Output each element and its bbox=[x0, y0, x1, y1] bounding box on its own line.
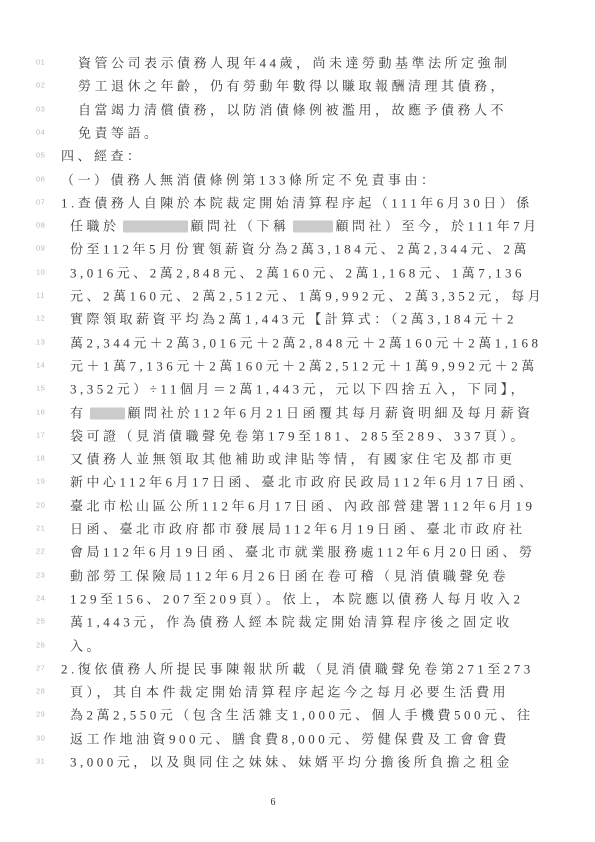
line-number: 08 bbox=[36, 221, 45, 230]
line-row: 23 動部勞工保險局112年6月26日函在卷可稽（見消債職聲免卷 bbox=[0, 563, 595, 587]
line-row: 14 元＋1萬7,136元＋2萬160元＋2萬2,512元＋1萬9,992元＋2… bbox=[0, 353, 595, 377]
line-row: 13 萬2,344元＋2萬3,016元＋2萬2,848元＋2萬160元＋2萬1,… bbox=[0, 330, 595, 354]
line-text: 自當竭力清償債務，以防消債條例被濫用，故應予債務人不 bbox=[78, 99, 507, 118]
document-page: 01 資管公司表示債務人現年44歲，尚未達勞動基準法所定強制 02 勞工退休之年… bbox=[0, 0, 595, 842]
line-number: 26 bbox=[36, 640, 45, 649]
line-number: 16 bbox=[36, 407, 45, 416]
line-row: 02 勞工退休之年齡，仍有勞動年數得以賺取報酬清理其債務， bbox=[0, 73, 595, 97]
line-number: 01 bbox=[36, 58, 45, 67]
line-number: 25 bbox=[36, 617, 45, 626]
line-number: 30 bbox=[36, 733, 45, 742]
line-row: 03 自當竭力清償債務，以防消債條例被濫用，故應予債務人不 bbox=[0, 97, 595, 121]
line-number: 09 bbox=[36, 244, 45, 253]
page-number: 6 bbox=[266, 797, 280, 808]
redaction-box bbox=[123, 221, 188, 233]
line-row: 28 頁），其自本件裁定開始清算程序起迄今之每月必要生活費用 bbox=[0, 679, 595, 703]
line-number: 12 bbox=[36, 314, 45, 323]
line-text: 實際領取薪資平均為2萬1,443元【計算式：（2萬3,184元＋2 bbox=[70, 309, 517, 328]
line-row: 07 1.查債務人自陳於本院裁定開始清算程序起（111年6月30日）係 bbox=[0, 190, 595, 214]
line-text: 129至156、207至209頁）。依上，本院應以債務人每月收入2 bbox=[70, 588, 524, 607]
line-text: 會局112年6月19日函、臺北市就業服務處112年6月20日函、勞 bbox=[70, 542, 536, 561]
line-number: 19 bbox=[36, 477, 45, 486]
line-text: 有顧問社於112年6月21日函覆其每月薪資明細及每月薪資 bbox=[70, 402, 534, 421]
line-text: 1.查債務人自陳於本院裁定開始清算程序起（111年6月30日）係 bbox=[61, 192, 533, 211]
line-row: 18 又債務人並無領取其他補助或津貼等情，有國家住宅及都市更 bbox=[0, 446, 595, 470]
line-number: 06 bbox=[36, 174, 45, 183]
line-row: 16 有顧問社於112年6月21日函覆其每月薪資明細及每月薪資 bbox=[0, 400, 595, 424]
line-text: 頁），其自本件裁定開始清算程序起迄今之每月必要生活費用 bbox=[70, 682, 509, 701]
redaction-box bbox=[293, 221, 333, 233]
redaction-box bbox=[90, 407, 125, 419]
line-row: 06 （一）債務人無消債條例第133條所定不免責事由： bbox=[0, 167, 595, 191]
line-text: 3,000元，以及與同住之妹妹、妹婿平均分擔後所負擔之租金 bbox=[70, 752, 513, 771]
line-number: 20 bbox=[36, 500, 45, 509]
line-row: 04 免責等語。 bbox=[0, 120, 595, 144]
line-row: 21 日函、臺北市政府都市發展局112年6月19日函、臺北市政府社 bbox=[0, 516, 595, 540]
line-text: 2.復依債務人所提民事陳報狀所載（見消債職聲免卷第271至273 bbox=[61, 658, 534, 677]
line-row: 22 會局112年6月19日函、臺北市就業服務處112年6月20日函、勞 bbox=[0, 539, 595, 563]
line-row: 01 資管公司表示債務人現年44歲，尚未達勞動基準法所定強制 bbox=[0, 50, 595, 74]
line-number: 13 bbox=[36, 337, 45, 346]
line-row: 12 實際領取薪資平均為2萬1,443元【計算式：（2萬3,184元＋2 bbox=[0, 306, 595, 330]
line-text: 元、2萬160元、2萬2,512元、1萬9,992元、2萬3,352元，每月 bbox=[70, 286, 544, 305]
line-row: 30 返工作地油資900元、膳食費8,000元、勞健保費及工會會費 bbox=[0, 726, 595, 750]
line-number: 31 bbox=[36, 757, 45, 766]
line-row: 08 任職於顧問社（下稱顧問社）至今，於111年7月 bbox=[0, 213, 595, 237]
line-text: 免責等語。 bbox=[78, 122, 161, 141]
line-number: 07 bbox=[36, 197, 45, 206]
line-text: 3,016元、2萬2,848元、2萬160元、2萬1,168元、1萬7,136 bbox=[70, 262, 525, 281]
line-number: 24 bbox=[36, 593, 45, 602]
line-text: 日函、臺北市政府都市發展局112年6月19日函、臺北市政府社 bbox=[70, 519, 526, 538]
line-row: 10 3,016元、2萬2,848元、2萬160元、2萬1,168元、1萬7,1… bbox=[0, 260, 595, 284]
line-row: 25 萬1,443元，作為債務人經本院裁定開始清算程序後之固定收 bbox=[0, 609, 595, 633]
line-row: 31 3,000元，以及與同住之妹妹、妹婿平均分擔後所負擔之租金 bbox=[0, 749, 595, 773]
line-row: 27 2.復依債務人所提民事陳報狀所載（見消債職聲免卷第271至273 bbox=[0, 656, 595, 680]
line-row: 09 份至112年5月份實領薪資分為2萬3,184元、2萬2,344元、2萬 bbox=[0, 236, 595, 260]
line-number: 21 bbox=[36, 524, 45, 533]
line-number: 02 bbox=[36, 81, 45, 90]
line-text: 入。 bbox=[70, 635, 103, 654]
line-number: 22 bbox=[36, 547, 45, 556]
line-number: 18 bbox=[36, 454, 45, 463]
line-text: 萬2,344元＋2萬3,016元＋2萬2,848元＋2萬160元＋2萬1,168 bbox=[70, 332, 542, 351]
line-text: 資管公司表示債務人現年44歲，尚未達勞動基準法所定強制 bbox=[78, 53, 511, 72]
line-number: 15 bbox=[36, 384, 45, 393]
line-text: 新中心112年6月17日函、臺北市政府民政局112年6月17日函、 bbox=[70, 472, 536, 491]
line-number: 28 bbox=[36, 687, 45, 696]
line-row: 17 袋可證（見消債職聲免卷第179至181、285至289、337頁）。 bbox=[0, 423, 595, 447]
line-number: 03 bbox=[36, 104, 45, 113]
line-number: 23 bbox=[36, 570, 45, 579]
line-number: 04 bbox=[36, 127, 45, 136]
line-number: 14 bbox=[36, 360, 45, 369]
line-number: 17 bbox=[36, 430, 45, 439]
line-text: 元＋1萬7,136元＋2萬160元＋2萬2,512元＋1萬9,992元＋2萬 bbox=[70, 355, 538, 374]
line-number: 05 bbox=[36, 151, 45, 160]
line-text: 袋可證（見消債職聲免卷第179至181、285至289、337頁）。 bbox=[70, 425, 527, 444]
line-row: 19 新中心112年6月17日函、臺北市政府民政局112年6月17日函、 bbox=[0, 469, 595, 493]
line-text: （一）債務人無消債條例第133條所定不免責事由： bbox=[61, 169, 438, 188]
line-row: 15 3,352元）÷11個月＝2萬1,443元，元以下四捨五入，下同】， bbox=[0, 376, 595, 400]
line-row: 11 元、2萬160元、2萬2,512元、1萬9,992元、2萬3,352元，每… bbox=[0, 283, 595, 307]
line-text: 動部勞工保險局112年6月26日函在卷可稽（見消債職聲免卷 bbox=[70, 565, 509, 584]
line-text: 份至112年5月份實領薪資分為2萬3,184元、2萬2,344元、2萬 bbox=[70, 239, 530, 258]
line-text: 3,352元）÷11個月＝2萬1,443元，元以下四捨五入，下同】， bbox=[70, 379, 527, 398]
line-number: 10 bbox=[36, 267, 45, 276]
line-text: 返工作地油資900元、膳食費8,000元、勞健保費及工會會費 bbox=[70, 728, 510, 747]
line-text: 勞工退休之年齡，仍有勞動年數得以賺取報酬清理其債務， bbox=[78, 76, 507, 95]
line-text: 為2萬2,550元（包含生活雜支1,000元、個人手機費500元、往 bbox=[70, 705, 534, 724]
line-number: 11 bbox=[36, 291, 45, 300]
line-text: 四、經查： bbox=[61, 146, 144, 165]
line-row: 24 129至156、207至209頁）。依上，本院應以債務人每月收入2 bbox=[0, 586, 595, 610]
line-text: 任職於顧問社（下稱顧問社）至今，於111年7月 bbox=[70, 216, 540, 235]
line-row: 20 臺北市松山區公所112年6月17日函、內政部營建署112年6月19 bbox=[0, 493, 595, 517]
line-row: 05 四、經查： bbox=[0, 143, 595, 167]
line-row: 26 入。 bbox=[0, 633, 595, 657]
line-text: 又債務人並無領取其他補助或津貼等情，有國家住宅及都市更 bbox=[70, 449, 516, 468]
line-row: 29 為2萬2,550元（包含生活雜支1,000元、個人手機費500元、往 bbox=[0, 702, 595, 726]
line-number: 27 bbox=[36, 663, 45, 672]
line-text: 臺北市松山區公所112年6月17日函、內政部營建署112年6月19 bbox=[70, 495, 536, 514]
line-number: 29 bbox=[36, 710, 45, 719]
line-text: 萬1,443元，作為債務人經本院裁定開始清算程序後之固定收 bbox=[70, 612, 513, 631]
